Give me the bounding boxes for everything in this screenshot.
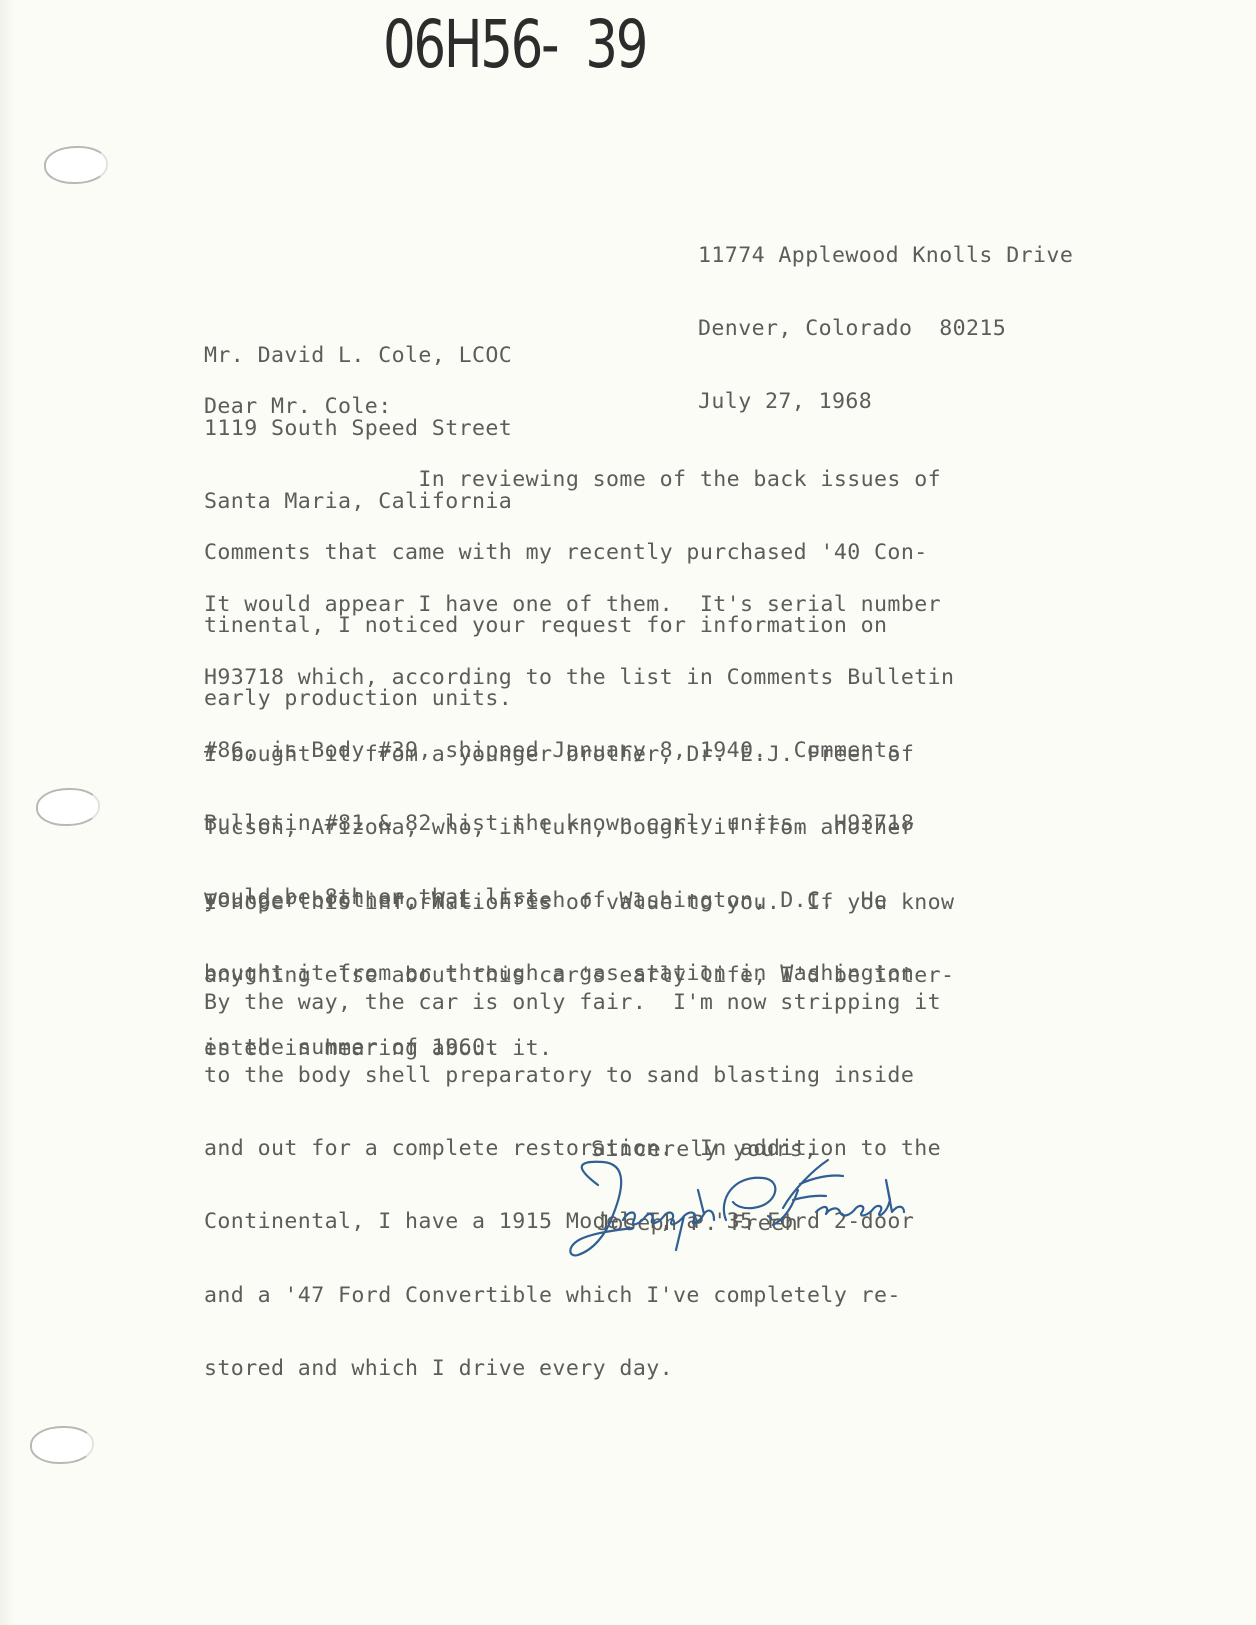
paragraph-line: H93718 which, according to the list in C…	[204, 666, 954, 690]
sender-street: 11774 Applewood Knolls Drive	[698, 244, 1073, 268]
handwritten-reference-number: 06H56- 39	[383, 6, 646, 83]
punch-hole-bottom	[30, 1426, 94, 1464]
letter-page: 06H56- 39 11774 Applewood Knolls Drive D…	[0, 0, 1256, 1625]
page-edge-shadow	[0, 0, 14, 1625]
paragraph-line: to the body shell preparatory to sand bl…	[204, 1064, 941, 1088]
recipient-name: Mr. David L. Cole, LCOC	[204, 344, 512, 368]
paragraph-line: In reviewing some of the back issues of	[204, 468, 941, 492]
paragraph-line: By the way, the car is only fair. I'm no…	[204, 991, 941, 1015]
paragraph-line: stored and which I drive every day.	[204, 1357, 941, 1381]
paragraph-line: I bought it from a younger brother, Dr. …	[204, 743, 914, 767]
letter-date: July 27, 1968	[698, 390, 1073, 414]
handwritten-signature	[568, 1150, 918, 1260]
punch-hole-top	[44, 146, 108, 184]
paragraph-line: Tucson, Arizona, who, in turn, bought if…	[204, 816, 914, 840]
punch-hole-middle	[36, 788, 100, 826]
sender-city: Denver, Colorado 80215	[698, 317, 1073, 341]
paragraph-line: and a '47 Ford Convertible which I've co…	[204, 1284, 941, 1308]
salutation: Dear Mr. Cole:	[204, 395, 392, 419]
paragraph-line: I hope this information is of value to y…	[204, 891, 954, 915]
paragraph-line: It would appear I have one of them. It's…	[204, 593, 954, 617]
